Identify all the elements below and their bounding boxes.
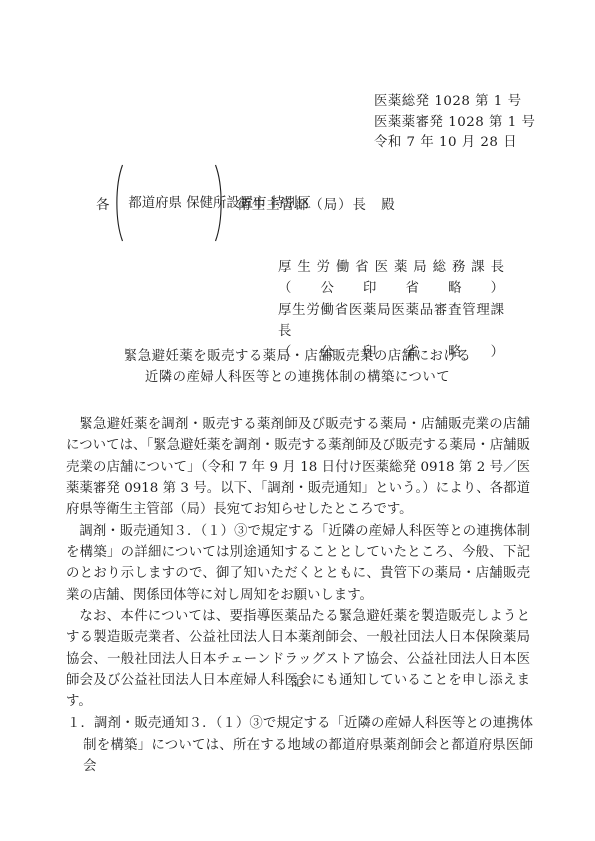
addressee-block: 各 都道府県 保健所設置市 特別区 衛生主管部（局）長 殿 xyxy=(96,163,396,243)
body-paragraph-3: なお、本件については、要指導医薬品たる緊急避妊薬を製造販売しようとする製造販売業… xyxy=(66,606,530,713)
addressee-list: 都道府県 保健所設置市 特別区 xyxy=(128,191,210,216)
addressee-item-prefectures: 都道府県 xyxy=(128,196,182,211)
document-title-line1: 緊急避妊薬を販売する薬局・店舗販売業の店舗における xyxy=(0,346,595,367)
doc-number-1: 医薬総発 1028 第 1 号 xyxy=(374,92,535,113)
addressee-prefix: 各 xyxy=(96,194,109,213)
doc-number-2: 医薬薬審発 1028 第 1 号 xyxy=(374,113,535,134)
doc-number-block: 医薬総発 1028 第 1 号 医薬薬審発 1028 第 1 号 令和 7 年 … xyxy=(374,92,535,154)
body-text: 緊急避妊薬を調剤・販売する薬剤師及び販売する薬局・店舗販売業の店舗については、「… xyxy=(66,414,530,713)
numbered-item-1: １．調剤・販売通知３．（１）③で規定する「近隣の産婦人科医等との連携体制を構築」… xyxy=(67,713,533,778)
sender-1-title: 厚生労働省医薬局総務課長 xyxy=(278,257,504,278)
official-notice-page: 医薬総発 1028 第 1 号 医薬薬審発 1028 第 1 号 令和 7 年 … xyxy=(0,0,595,841)
addressee-suffix: 衛生主管部（局）長 殿 xyxy=(237,194,395,213)
open-parenthesis-icon xyxy=(112,163,125,243)
body-paragraph-2: 調剤・販売通知３．（１）③で規定する「近隣の産婦人科医等との連携体制を構築」の詳… xyxy=(66,521,530,606)
record-marker: 記 xyxy=(0,672,595,693)
body-paragraph-1: 緊急避妊薬を調剤・販売する薬剤師及び販売する薬局・店舗販売業の店舗については、「… xyxy=(66,414,530,521)
document-title-line2: 近隣の産婦人科医等との連携体制の構築について xyxy=(0,367,595,388)
doc-date: 令和 7 年 10 月 28 日 xyxy=(374,133,535,154)
document-title: 緊急避妊薬を販売する薬局・店舗販売業の店舗における 近隣の産婦人科医等との連携体… xyxy=(0,346,595,389)
close-parenthesis-icon xyxy=(213,163,226,243)
sender-1-seal-note: （公印省略） xyxy=(278,278,504,299)
numbered-item-list: １．調剤・販売通知３．（１）③で規定する「近隣の産婦人科医等との連携体制を構築」… xyxy=(67,713,533,778)
sender-2-title: 厚生労働省医薬局医薬品審査管理課長 xyxy=(278,300,504,343)
